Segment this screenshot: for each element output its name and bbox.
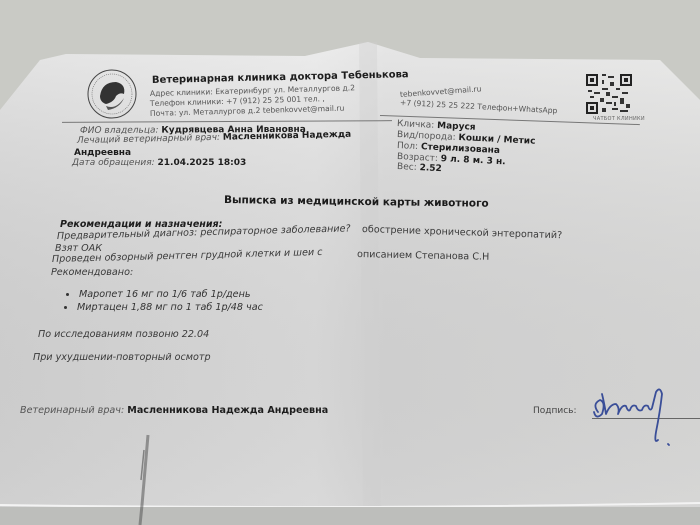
pet-name-label: Кличка: [397,119,435,131]
signing-doctor-label: Ветеринарный врач: [20,405,124,416]
bullet-icon [64,306,67,309]
signature-label: Подпись: [533,407,577,416]
visit-date-field: Дата обращения: 21.04.2025 18:03 [72,159,246,168]
pet-name-value: Маруся [437,121,476,133]
medication-text: Миртацен 1,88 мг по 1 таб 1р/48 час [77,302,263,313]
pet-weight-label: Вес: [397,162,417,173]
signing-doctor-field: Ветеринарный врач: Масленникова Надежда … [20,406,328,416]
visit-date-label: Дата обращения: [72,158,155,168]
attending-doctor-value-cont: Андреевна [74,149,131,158]
medical-record-document: Ветеринарная клиника доктора Тебенькова … [0,0,700,525]
visit-date-value: 21.04.2025 18:03 [158,158,247,168]
followup-visit-text: При ухудшении-повторный осмотр [33,353,211,363]
pet-weight-value: 2.52 [419,163,442,174]
followup-call-text: По исследованиям позвоню 22.04 [38,330,209,340]
clinic-logo-icon [86,68,138,120]
recommended-label: Рекомендовано: [51,268,133,278]
bullet-icon [66,293,69,296]
medication-text: Маропет 16 мг по 1/6 таб 1р/день [79,289,251,300]
medication-item: Миртацен 1,88 мг по 1 таб 1р/48 час [64,303,263,313]
medication-item: Маропет 16 мг по 1/6 таб 1р/день [66,290,251,300]
qr-label: ЧАТБОТ КЛИНИКИ [593,117,645,122]
signing-doctor-value: Масленникова Надежда Андреевна [127,405,328,416]
qr-code-icon [586,74,632,114]
pet-sex-label: Пол: [397,141,419,152]
handwritten-signature [590,382,690,454]
